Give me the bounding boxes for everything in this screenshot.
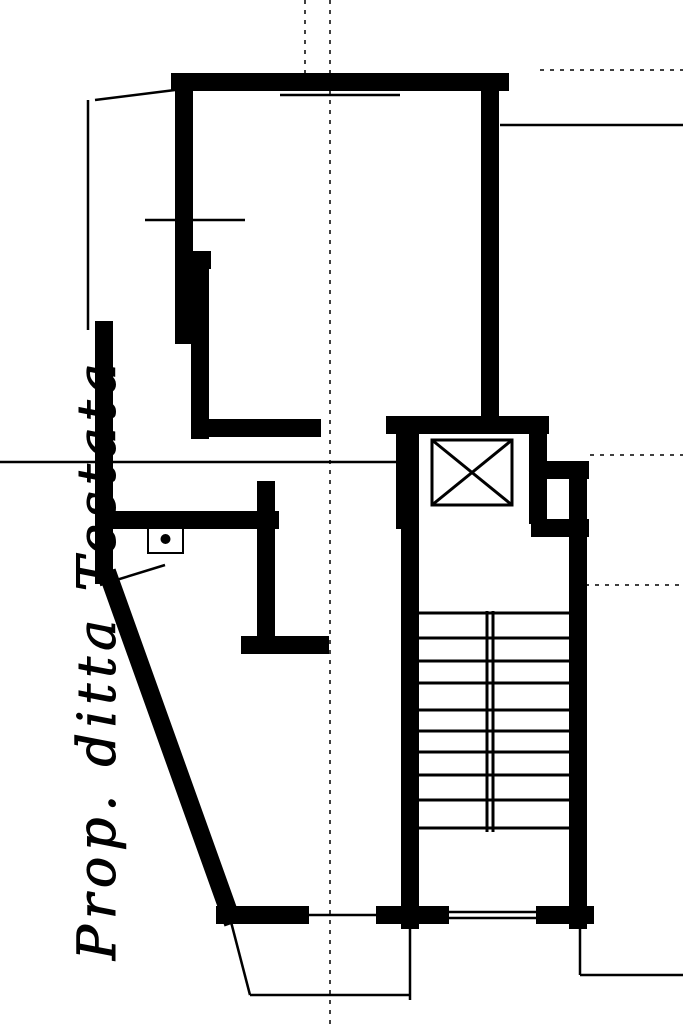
sink-fixture [148,525,183,553]
thin-line [230,918,250,995]
drain-icon [162,535,170,543]
wall [110,580,230,915]
thin-line [95,90,175,100]
elevator-shaft [432,440,512,505]
staircase [418,611,572,832]
owner-annotation: Prop. ditta Testata [68,357,128,960]
